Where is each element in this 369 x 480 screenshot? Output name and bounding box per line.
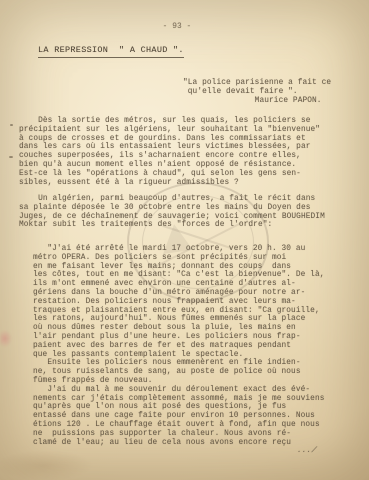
testimony-block-quote: "J'ai été arrêté le mardi 17 octobre, ve… <box>33 245 325 447</box>
ink-speck <box>10 124 13 126</box>
ink-speck <box>9 156 13 158</box>
page-number: - 93 - <box>0 23 354 32</box>
section-heading: LA REPRESSION " A CHAUD ". <box>38 46 184 58</box>
continuation-mark: .../ <box>296 447 317 456</box>
paragraph-police-violence: Dès la sortie des métros, sur les quais,… <box>19 117 320 187</box>
epigraph-quote: "La police parisienne a fait ce qu'elle … <box>183 79 331 105</box>
scanned-document-page: - 93 - LA REPRESSION " A CHAUD ". "La po… <box>0 0 369 480</box>
paragraph-complaint-intro: Un algérien, parmi beaucoup d'autres, a … <box>19 195 325 230</box>
pink-smudge <box>0 330 12 347</box>
